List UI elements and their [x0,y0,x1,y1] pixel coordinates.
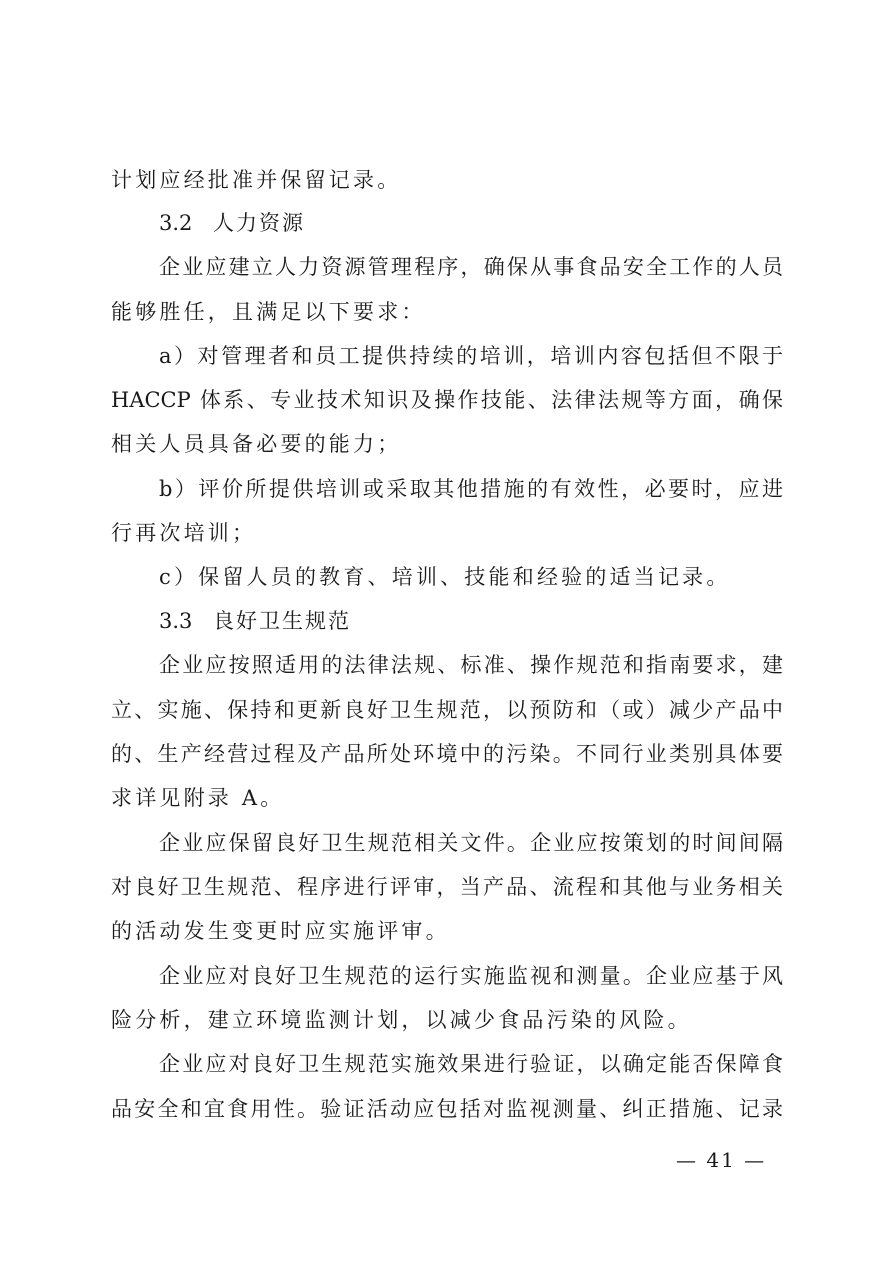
paragraph-line: 能够胜任，且满足以下要求： [111,297,783,327]
paragraph-line: 求详见附录 A。 [111,783,783,813]
list-item-b-line: 行再次培训； [111,518,783,548]
paragraph-line: 对良好卫生规范、程序进行评审，当产品、流程和其他与业务相关 [111,872,783,902]
section-heading-3-2: 3.2人力资源 [159,208,831,238]
paragraph-line: 企业应按照适用的法律法规、标准、操作规范和指南要求，建 [159,650,783,680]
list-item-a-line: a）对管理者和员工提供持续的培训，培训内容包括但不限于 [159,341,783,371]
section-number: 3.3 [159,606,213,636]
paragraph-line: 企业应对良好卫生规范实施效果进行验证，以确定能否保障食 [159,1049,783,1079]
list-item-c-line: c）保留人员的教育、培训、技能和经验的适当记录。 [159,562,783,592]
section-number: 3.2 [159,208,213,238]
list-item-a-line: HACCP 体系、专业技术知识及操作技能、法律法规等方面，确保 [111,385,783,415]
section-title: 人力资源 [213,211,305,235]
paragraph-line: 的活动发生变更时应实施评审。 [111,916,783,946]
paragraph-line: 企业应建立人力资源管理程序，确保从事食品安全工作的人员 [159,252,783,282]
paragraph-line: 计划应经批准并保留记录。 [111,165,783,195]
section-title: 良好卫生规范 [213,609,351,633]
paragraph-line: 的、生产经营过程及产品所处环境中的污染。不同行业类别具体要 [111,739,783,769]
page-number: — 41 — [676,1146,766,1174]
paragraph-line: 企业应对良好卫生规范的运行实施监视和测量。企业应基于风 [159,961,783,991]
paragraph-line: 企业应保留良好卫生规范相关文件。企业应按策划的时间间隔 [159,828,783,858]
document-page: 计划应经批准并保留记录。 3.2人力资源 企业应建立人力资源管理程序，确保从事食… [0,0,892,1262]
paragraph-line: 品安全和宜食用性。验证活动应包括对监视测量、纠正措施、记录 [111,1094,783,1124]
paragraph-line: 险分析，建立环境监测计划，以减少食品污染的风险。 [111,1005,783,1035]
section-heading-3-3: 3.3良好卫生规范 [159,606,831,636]
list-item-a-line: 相关人员具备必要的能力； [111,429,783,459]
paragraph-line: 立、实施、保持和更新良好卫生规范，以预防和（或）减少产品中 [111,695,783,725]
list-item-b-line: b）评价所提供培训或采取其他措施的有效性，必要时，应进 [159,474,783,504]
